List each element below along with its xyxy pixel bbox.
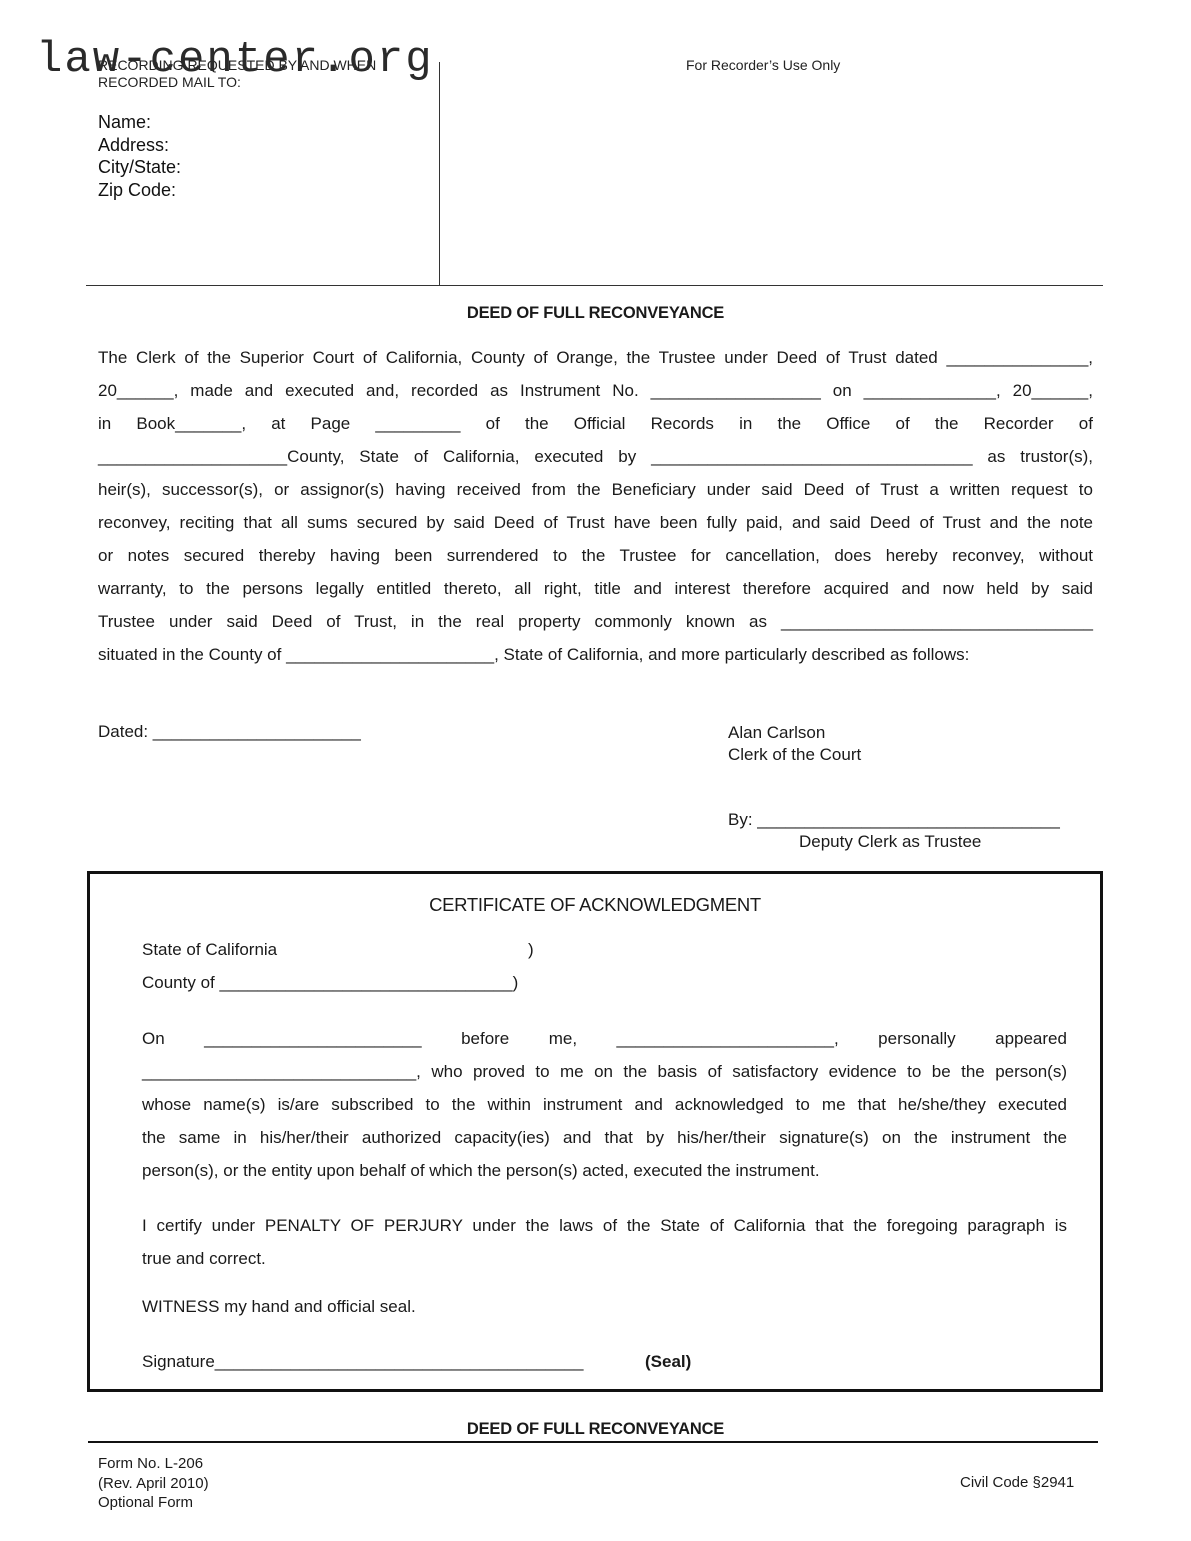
deed-line-6: reconvey, reciting that all sums secured…: [98, 506, 1093, 539]
ack-line-2[interactable]: _____________________________, who prove…: [142, 1055, 1067, 1088]
ack-line-1-word: me,: [549, 1022, 577, 1055]
deed-line-3-word: in: [98, 407, 111, 440]
civil-code-reference: Civil Code §2941: [960, 1474, 1074, 1491]
deed-line-3-word: Official: [574, 407, 626, 440]
header-vertical-divider: [439, 62, 440, 285]
county-field[interactable]: County of ______________________________…: [142, 966, 518, 999]
deed-line-1[interactable]: The Clerk of the Superior Court of Calif…: [98, 341, 1093, 374]
address-field-label[interactable]: Address:: [98, 134, 181, 157]
witness-statement: WITNESS my hand and official seal.: [142, 1297, 416, 1317]
recorder-use-only-label: For Recorder’s Use Only: [686, 57, 840, 73]
state-label: State of California ): [142, 933, 518, 966]
acknowledgment-paragraph: On_______________________beforeme,______…: [142, 1022, 1067, 1187]
certificate-title: CERTIFICATE OF ACKNOWLEDGMENT: [90, 894, 1100, 916]
name-field-label[interactable]: Name:: [98, 111, 181, 134]
ack-line-5: person(s), or the entity upon behalf of …: [142, 1154, 1067, 1187]
clerk-name: Alan Carlson: [728, 722, 861, 744]
deed-line-3-word: of: [1079, 407, 1093, 440]
deed-line-3-word: of: [896, 407, 910, 440]
deed-title: DEED OF FULL RECONVEYANCE: [0, 304, 1191, 323]
deed-line-3[interactable]: inBook_______,atPage_________oftheOffici…: [98, 407, 1093, 440]
deputy-clerk-label: Deputy Clerk as Trustee: [799, 832, 981, 852]
footer-title: DEED OF FULL RECONVEYANCE: [0, 1420, 1191, 1439]
recording-requested-line1: RECORDING REQUESTED BY AND WHEN: [98, 57, 376, 74]
deed-line-3-word[interactable]: _________: [375, 407, 460, 440]
form-number: Form No. L-206: [98, 1454, 209, 1474]
clerk-title: Clerk of the Court: [728, 744, 861, 766]
deed-line-3-word: Records: [651, 407, 714, 440]
ack-line-1-word: before: [461, 1022, 509, 1055]
perjury-line-1: I certify under PENALTY OF PERJURY under…: [142, 1209, 1067, 1242]
deed-body: The Clerk of the Superior Court of Calif…: [98, 341, 1093, 671]
notary-signature-field[interactable]: Signature_______________________________…: [142, 1352, 584, 1372]
deed-line-3-word: Page: [311, 407, 351, 440]
footer-divider: [88, 1441, 1098, 1443]
recording-requested-label: RECORDING REQUESTED BY AND WHEN RECORDED…: [98, 57, 376, 91]
state-text: State of California: [142, 940, 277, 959]
deed-line-4[interactable]: ____________________County, State of Cal…: [98, 440, 1093, 473]
ack-line-1-word: On: [142, 1022, 165, 1055]
ack-line-1-word: appeared: [995, 1022, 1067, 1055]
deed-line-3-word: at: [271, 407, 285, 440]
clerk-signature-block: Alan Carlson Clerk of the Court: [728, 722, 861, 766]
deed-line-3-word[interactable]: Book_______,: [136, 407, 246, 440]
city-state-field-label[interactable]: City/State:: [98, 156, 181, 179]
form-info: Form No. L-206 (Rev. April 2010) Optiona…: [98, 1454, 209, 1513]
deed-line-3-word: in: [739, 407, 752, 440]
deed-line-3-word: the: [525, 407, 549, 440]
deed-line-3-word: the: [935, 407, 959, 440]
perjury-line-2: true and correct.: [142, 1242, 1067, 1275]
deed-line-10[interactable]: situated in the County of ______________…: [98, 638, 1093, 671]
ack-line-3: whose name(s) is/are subscribed to the w…: [142, 1088, 1067, 1121]
recording-requested-line2: RECORDED MAIL TO:: [98, 74, 376, 91]
form-optional: Optional Form: [98, 1493, 209, 1513]
ack-line-1-word: personally: [878, 1022, 956, 1055]
deed-line-5: heir(s), successor(s), or assignor(s) ha…: [98, 473, 1093, 506]
ack-line-1[interactable]: On_______________________beforeme,______…: [142, 1022, 1067, 1055]
deed-line-7: or notes secured thereby having been sur…: [98, 539, 1093, 572]
form-revision: (Rev. April 2010): [98, 1474, 209, 1494]
certificate-of-acknowledgment-box: CERTIFICATE OF ACKNOWLEDGMENT State of C…: [87, 871, 1103, 1392]
ack-line-1-word[interactable]: _______________________: [204, 1022, 421, 1055]
deed-line-2[interactable]: 20______, made and executed and, recorde…: [98, 374, 1093, 407]
by-signature-field[interactable]: By: ________________________________: [728, 810, 1060, 830]
zip-code-field-label[interactable]: Zip Code:: [98, 179, 181, 202]
venue-block: State of California ) County of ________…: [142, 933, 518, 999]
ack-line-1-word[interactable]: _______________________,: [617, 1022, 839, 1055]
deed-line-3-word: Office: [826, 407, 870, 440]
deed-line-9[interactable]: Trustee under said Deed of Trust, in the…: [98, 605, 1093, 638]
dated-field[interactable]: Dated: ______________________: [98, 722, 361, 742]
state-paren: ): [528, 933, 534, 966]
seal-label: (Seal): [645, 1352, 691, 1372]
deed-line-3-word: Recorder: [984, 407, 1054, 440]
perjury-paragraph: I certify under PENALTY OF PERJURY under…: [142, 1209, 1067, 1275]
ack-line-4: the same in his/her/their authorized cap…: [142, 1121, 1067, 1154]
mail-to-fields: Name: Address: City/State: Zip Code:: [98, 111, 181, 201]
header-horizontal-divider: [86, 285, 1103, 286]
deed-line-3-word: of: [486, 407, 500, 440]
deed-line-3-word: the: [777, 407, 801, 440]
deed-line-8: warranty, to the persons legally entitle…: [98, 572, 1093, 605]
